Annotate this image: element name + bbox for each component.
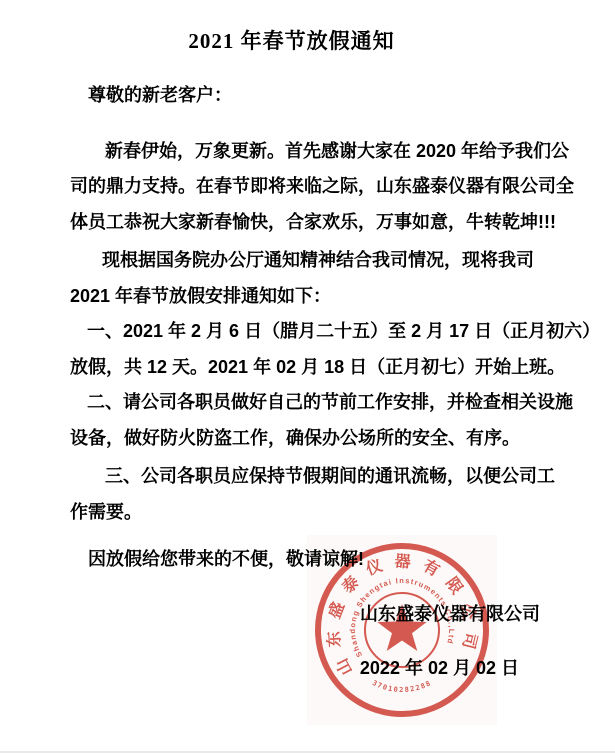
body-line: 2021 年春节放假安排通知如下：: [70, 279, 560, 315]
body-line: 体员工恭祝大家新春愉快，合家欢乐，万事如意，牛转乾坤!!!: [70, 205, 560, 241]
body-line: 司的鼎力支持。在春节即将来临之际，山东盛泰仪器有限公司全: [70, 169, 560, 205]
body-line: 现根据国务院办公厅通知精神结合我司情况，现将我司: [70, 243, 560, 279]
body-line: 一、2021 年 2 月 6 日（腊月二十五）至 2 月 17 日（正月初六）: [70, 314, 560, 350]
body-line: 三、公司各职员应保持节假期间的通讯流畅，以便公司工: [70, 459, 560, 495]
signature-company-name: 山东盛泰仪器有限公司: [70, 597, 560, 633]
notice-body: 尊敬的新老客户： 新春伊始，万象更新。首先感谢大家在 2020 年给予我们公 司…: [70, 78, 560, 687]
page-title: 2021 年春节放假通知: [0, 0, 599, 55]
greeting-line: 尊敬的新老客户：: [70, 78, 560, 114]
body-line: 放假，共 12 天。2021 年 02 月 18 日（正月初七）开始上班。: [70, 350, 560, 386]
closing-line: 因放假给您带来的不便，敬请谅解!: [70, 542, 560, 578]
body-line: 作需要。: [70, 495, 560, 531]
body-line: 设备，做好防火防盗工作，确保办公场所的安全、有序。: [70, 421, 560, 457]
notice-page: 2021 年春节放假通知 山东盛泰仪器有限公司 Shandong Shengta…: [0, 0, 615, 754]
body-line: 二、请公司各职员做好自己的节前工作安排，并检查相关设施: [70, 385, 560, 421]
page-bottom-divider: [0, 751, 615, 753]
signature-date: 2022 年 02 月 02 日: [70, 651, 560, 687]
body-line: 新春伊始，万象更新。首先感谢大家在 2020 年给予我们公: [70, 134, 560, 170]
